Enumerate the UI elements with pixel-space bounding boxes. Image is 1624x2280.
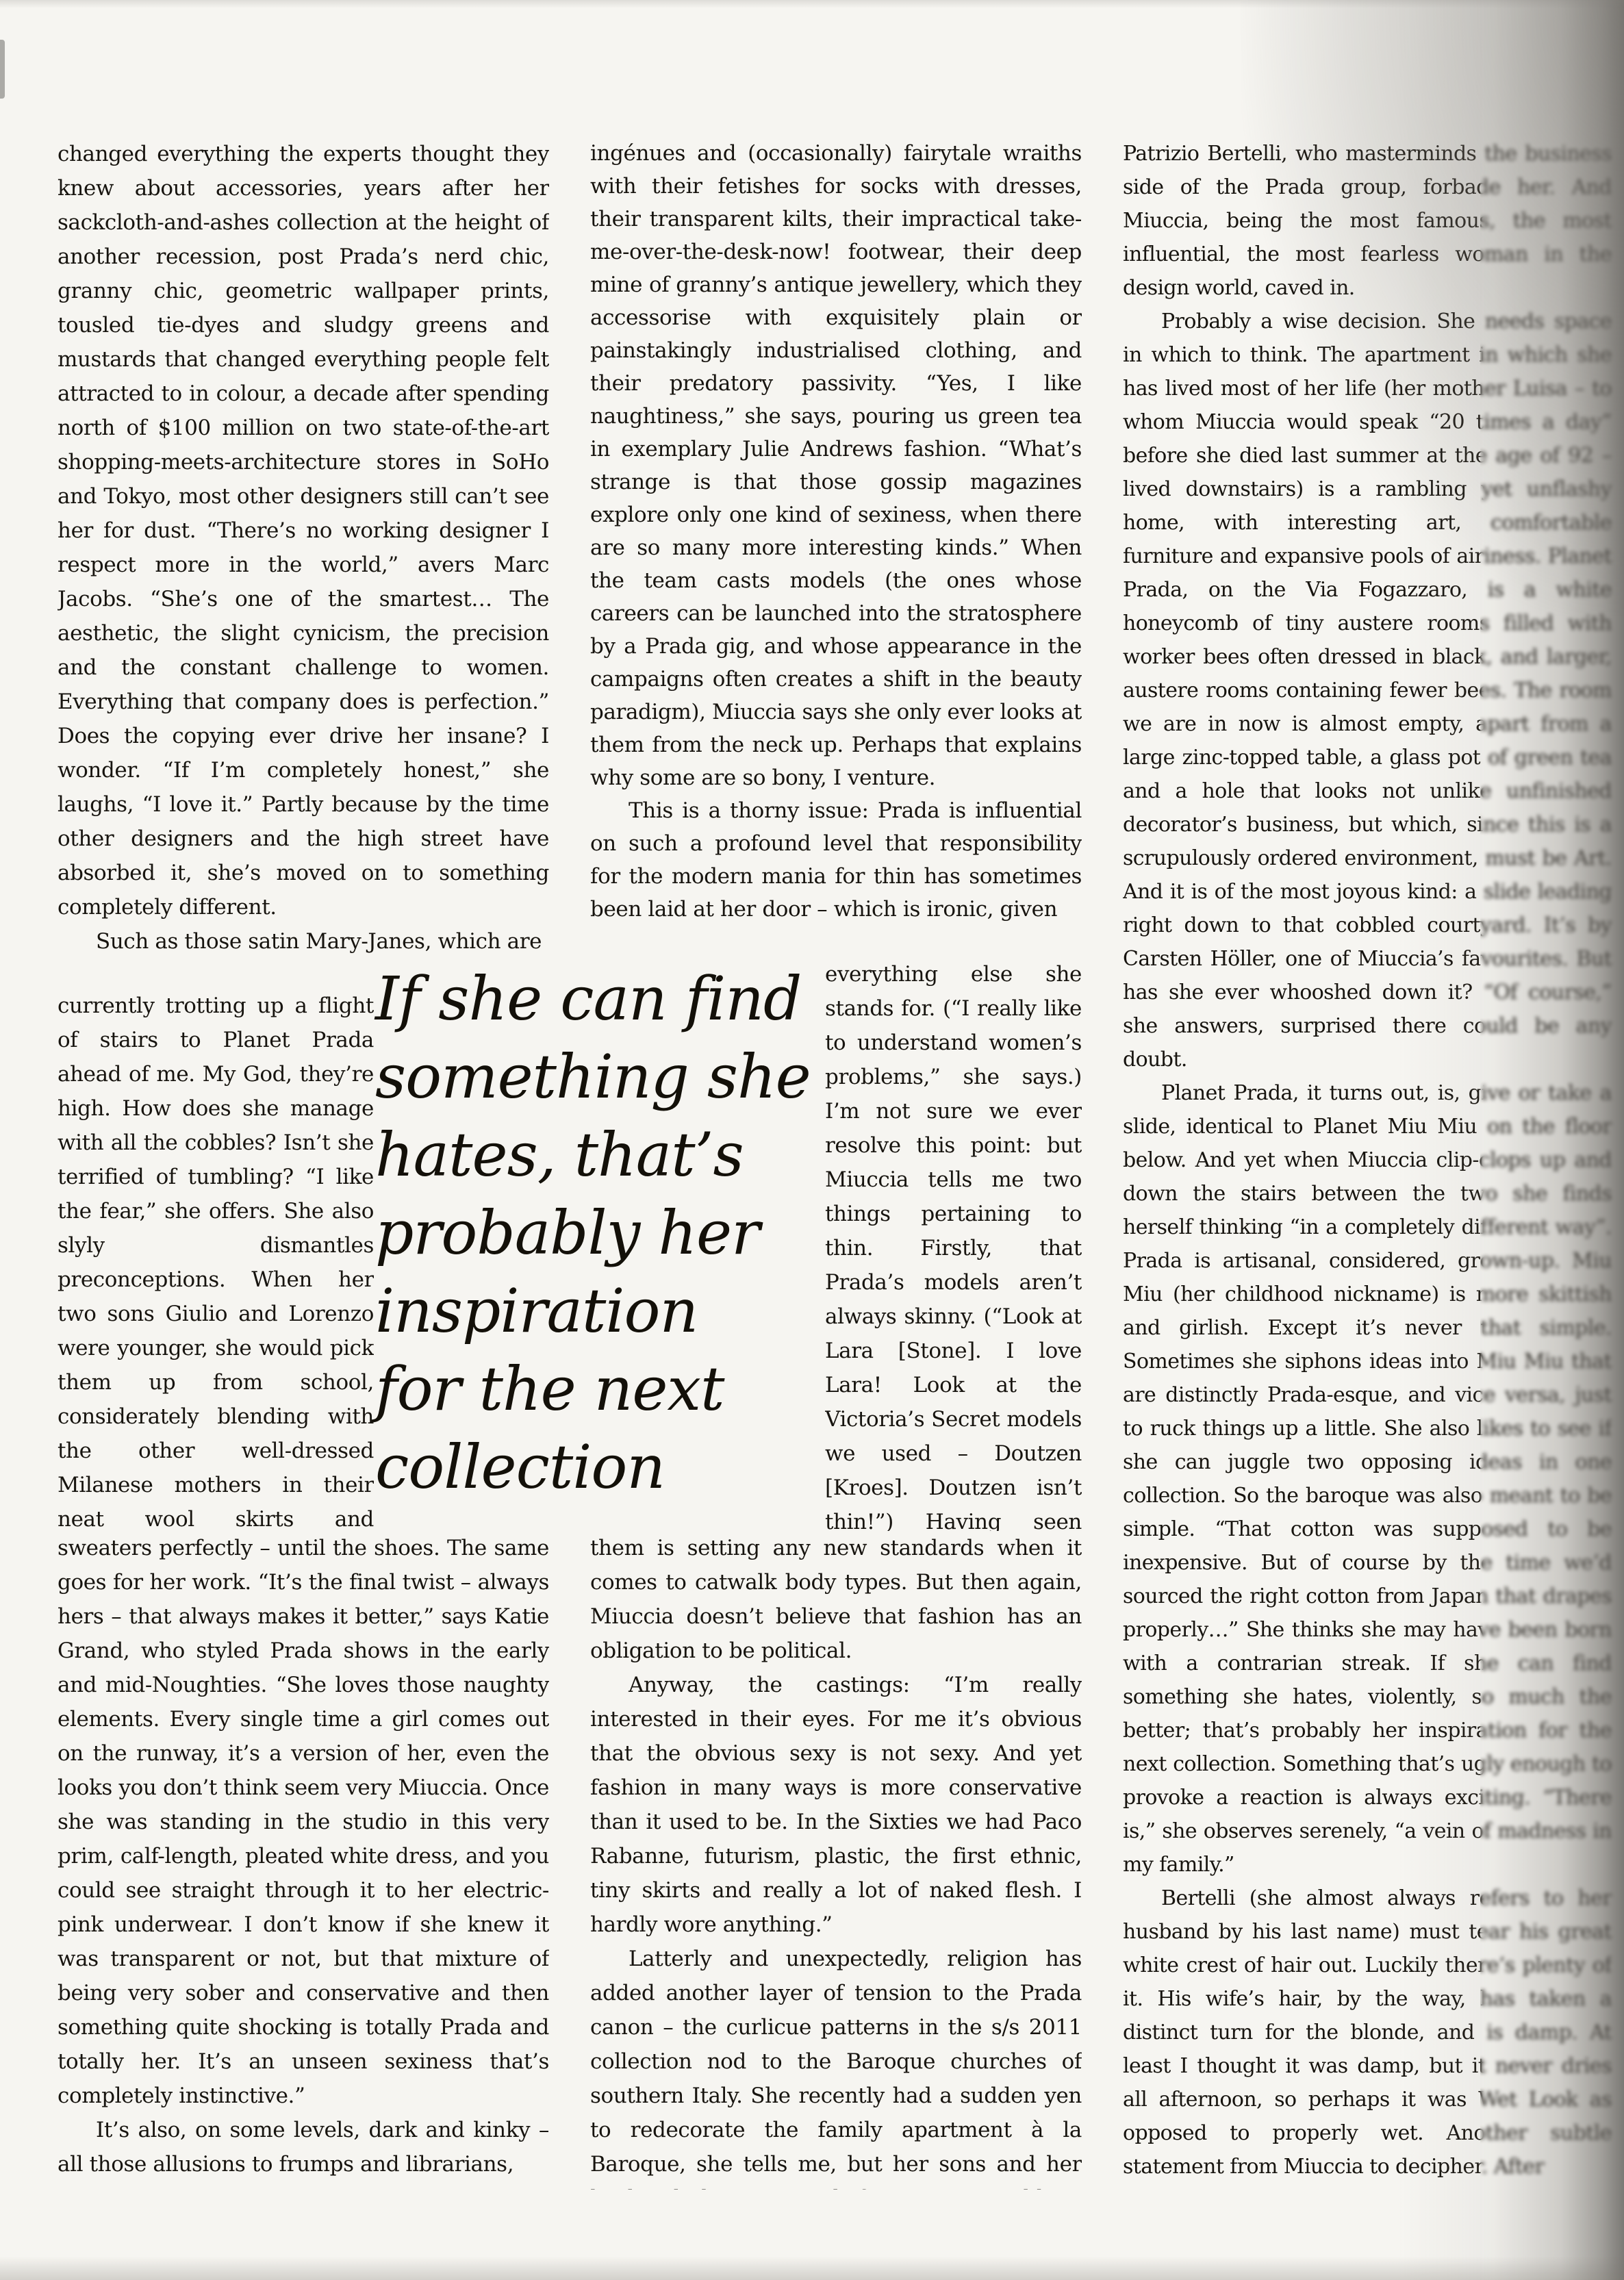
column1-top-segment: changed everything the experts thought t… [58,137,549,989]
column1-narrow-segment: currently trotting up a flight of stairs… [58,989,374,1531]
body-paragraph: Patrizio Bertelli, who masterminds the b… [1123,137,1612,305]
body-paragraph: currently trotting up a flight of stairs… [58,989,374,1531]
body-paragraph: sweaters perfectly – until the shoes. Th… [58,1531,549,2113]
pull-quote-line: probably her [375,1194,841,1272]
pull-quote-line: collection [375,1428,841,1506]
pull-quote-line: If she can find [375,960,841,1038]
page-bottom-shadow [0,2257,1624,2280]
pull-quote-line: hates, that’s [375,1116,841,1194]
column1-bottom-segment: sweaters perfectly – until the shoes. Th… [58,1531,549,2190]
body-paragraph: them is setting any new standards when i… [590,1531,1082,1668]
body-paragraph: It’s also, on some levels, dark and kink… [58,2113,549,2181]
pull-quote-line: something she [375,1038,841,1116]
scan-edge-mark [0,40,5,99]
body-paragraph: Probably a wise decision. She needs spac… [1123,305,1612,1076]
body-paragraph: ingénues and (occasionally) fairytale wr… [590,137,1082,794]
body-paragraph: Latterly and unexpectedly, religion has … [590,1942,1082,2190]
magazine-page: changed everything the experts thought t… [0,0,1624,2280]
pull-quote: If she can findsomething shehates, that’… [375,960,841,1506]
body-paragraph: Anyway, the castings: “I’m really intere… [590,1668,1082,1942]
body-paragraph: Planet Prada, it turns out, is, give or … [1123,1076,1612,1882]
column2-narrow-segment: everything else she stands for. (“I real… [825,957,1082,1531]
body-paragraph: Bertelli (she almost always refers to he… [1123,1882,1612,2183]
column2-bottom-segment: them is setting any new standards when i… [590,1531,1082,2190]
body-paragraph: This is a thorny issue: Prada is influen… [590,794,1082,926]
column2-top-segment: ingénues and (occasionally) fairytale wr… [590,137,1082,957]
body-paragraph: everything else she stands for. (“I real… [825,957,1082,1531]
body-paragraph: Such as those satin Mary-Janes, which ar… [58,924,549,959]
pull-quote-line: inspiration [375,1272,841,1350]
pull-quote-line: for the next [375,1350,841,1428]
body-paragraph: changed everything the experts thought t… [58,137,549,924]
column3: Patrizio Bertelli, who masterminds the b… [1123,137,1612,2190]
page-top-shadow [0,0,1624,8]
